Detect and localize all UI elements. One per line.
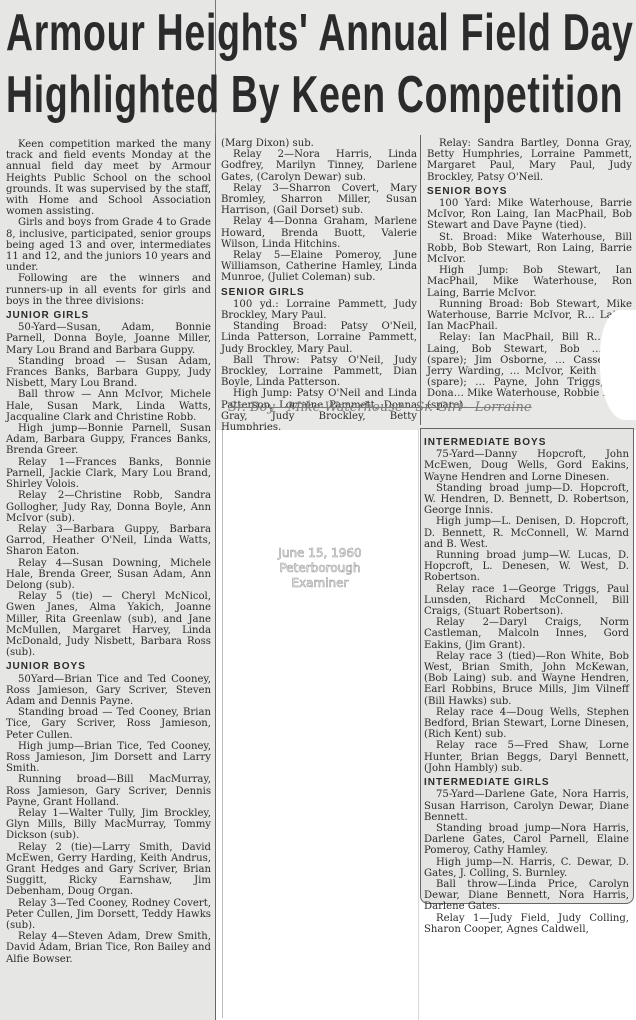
event-result: Running broad jump—W. Lucas, D. Hopcroft… bbox=[424, 550, 629, 584]
event-result: Running broad—Bill MacMurray, Ross Jamie… bbox=[6, 774, 211, 808]
event-result: High Jump: Bob Stewart, Ian MacPhail, Mi… bbox=[427, 265, 632, 299]
event-result: Relay 2—Nora Harris, Linda Godfrey, Mari… bbox=[221, 149, 417, 183]
headline-line-1: Armour Heights' Annual Field Day bbox=[6, 2, 632, 64]
event-result: Relay 1—Frances Banks, Bonnie Parnell, J… bbox=[6, 457, 211, 491]
handwritten-note: Sr. Boy - Mike Waterhouse - Sr. Girl - L… bbox=[228, 400, 618, 415]
source-stamp: June 15, 1960 Peterborough Examiner bbox=[222, 546, 418, 591]
event-result: High jump—Bonnie Parnell, Susan Adam, Ba… bbox=[6, 423, 211, 457]
event-result: St. Broad: Mike Waterhouse, Bill Robb, B… bbox=[427, 232, 632, 266]
event-result: Relay race 4—Doug Wells, Stephen Bedford… bbox=[424, 707, 629, 741]
article-column-4: INTERMEDIATE BOYS 75-Yard—Danny Hopcroft… bbox=[424, 434, 629, 935]
source-date: June 15, 1960 bbox=[222, 546, 418, 561]
event-result: Relay 1—Judy Field, Judy Colling, Sharon… bbox=[424, 913, 629, 935]
section-heading-senior-girls: SENIOR GIRLS bbox=[221, 287, 417, 298]
section-heading-senior-boys: SENIOR BOYS bbox=[427, 186, 632, 197]
event-result: Relay 4—Susan Downing, Michele Hale, Bre… bbox=[6, 558, 211, 592]
event-result: Standing broad jump—D. Hopcroft, W. Hend… bbox=[424, 483, 629, 517]
event-result: Relay 2—Christine Robb, Sandra Gollogher… bbox=[6, 490, 211, 524]
event-result: Running Broad: Bob Stewart, Mike Waterho… bbox=[427, 299, 632, 333]
event-result: Relay 1—Walter Tully, Jim Brockley, Glyn… bbox=[6, 808, 211, 842]
blank-scan-area bbox=[222, 430, 419, 1018]
event-result: Relay: Sandra Bartley, Donna Gray, Betty… bbox=[427, 138, 632, 183]
intro-paragraph: Girls and boys from Grade 4 to Grade 8, … bbox=[6, 217, 211, 273]
event-result: 100 yd.: Lorraine Pammett, Judy Brockley… bbox=[221, 299, 417, 321]
headline-line-2: Highlighted By Keen Competition bbox=[6, 64, 632, 126]
event-result: Relay 4—Donna Graham, Marlene Howard, Br… bbox=[221, 216, 417, 250]
event-result: Standing broad — Ted Cooney, Brian Tice,… bbox=[6, 707, 211, 741]
event-result: Relay 4—Steven Adam, Drew Smith, David A… bbox=[6, 931, 211, 965]
event-result: Relay 5—Elaine Pomeroy, June Williamson,… bbox=[221, 250, 417, 284]
event-result: Ball throw — Ann McIvor, Michele Hale, S… bbox=[6, 389, 211, 423]
event-result: Relay race 3 (tied)—Ron White, Bob West,… bbox=[424, 651, 629, 707]
event-result: Relay 2 (tie)—Larry Smith, David McEwen,… bbox=[6, 842, 211, 898]
event-result: Relay 3—Barbara Guppy, Barbara Garrod, H… bbox=[6, 524, 211, 558]
event-result: (Marg Dixon) sub. bbox=[221, 138, 417, 149]
event-result: Relay 3—Ted Cooney, Rodney Covert, Peter… bbox=[6, 898, 211, 932]
event-result: 100 Yard: Mike Waterhouse, Barrie McIvor… bbox=[427, 198, 632, 232]
event-result: Relay 5 (tie) — Cheryl McNicol, Gwen Jan… bbox=[6, 591, 211, 658]
event-result: Relay 3—Sharron Covert, Mary Bromley, Sh… bbox=[221, 183, 417, 217]
event-result: Standing broad — Susan Adam, Frances Ban… bbox=[6, 356, 211, 390]
event-result: Standing Broad: Patsy O'Neil, Linda Patt… bbox=[221, 321, 417, 355]
event-result: Relay race 5—Fred Shaw, Lorne Hunter, Br… bbox=[424, 740, 629, 774]
intro-paragraph: Keen competition marked the many track a… bbox=[6, 139, 211, 217]
event-result: 50-Yard—Susan, Adam, Bonnie Parnell, Don… bbox=[6, 322, 211, 356]
article-column-2: (Marg Dixon) sub. Relay 2—Nora Harris, L… bbox=[221, 138, 417, 433]
source-paper-line-1: Peterborough bbox=[222, 561, 418, 576]
column-rule bbox=[215, 135, 216, 1020]
event-result: Relay race 1—George Triggs, Paul Lunsden… bbox=[424, 584, 629, 618]
section-heading-junior-girls: JUNIOR GIRLS bbox=[6, 310, 211, 321]
event-result: Ball Throw: Patsy O'Neil, Judy Brockley,… bbox=[221, 355, 417, 389]
event-result: 75-Yard—Danny Hopcroft, John McEwen, Dou… bbox=[424, 449, 629, 483]
section-heading-intermediate-boys: INTERMEDIATE BOYS bbox=[424, 437, 629, 448]
event-result: 50Yard—Brian Tice and Ted Cooney, Ross J… bbox=[6, 674, 211, 708]
event-result: High jump—Brian Tice, Ted Cooney, Ross J… bbox=[6, 741, 211, 775]
scan-divider bbox=[418, 430, 419, 1020]
section-heading-junior-boys: JUNIOR BOYS bbox=[6, 661, 211, 672]
source-paper-line-2: Examiner bbox=[222, 576, 418, 591]
event-result: Ball throw—Linda Price, Carolyn Dewar, D… bbox=[424, 879, 629, 913]
headline: Armour Heights' Annual Field Day Highlig… bbox=[6, 2, 457, 126]
article-column-1: Keen competition marked the many track a… bbox=[6, 139, 211, 965]
section-heading-intermediate-girls: INTERMEDIATE GIRLS bbox=[424, 777, 629, 788]
event-result: Standing broad jump—Nora Harris, Darlene… bbox=[424, 823, 629, 857]
event-result: High jump—L. Denisen, D. Hopcroft, D. Be… bbox=[424, 516, 629, 550]
event-result: 75-Yard—Darlene Gate, Nora Harris, Susan… bbox=[424, 789, 629, 823]
event-result: High jump—N. Harris, C. Dewar, D. Gates,… bbox=[424, 857, 629, 879]
column-rule bbox=[420, 135, 421, 425]
event-result: Relay 2—Daryl Craigs, Norm Castleman, Ma… bbox=[424, 617, 629, 651]
intro-paragraph: Following are the winners and runners-up… bbox=[6, 273, 211, 307]
